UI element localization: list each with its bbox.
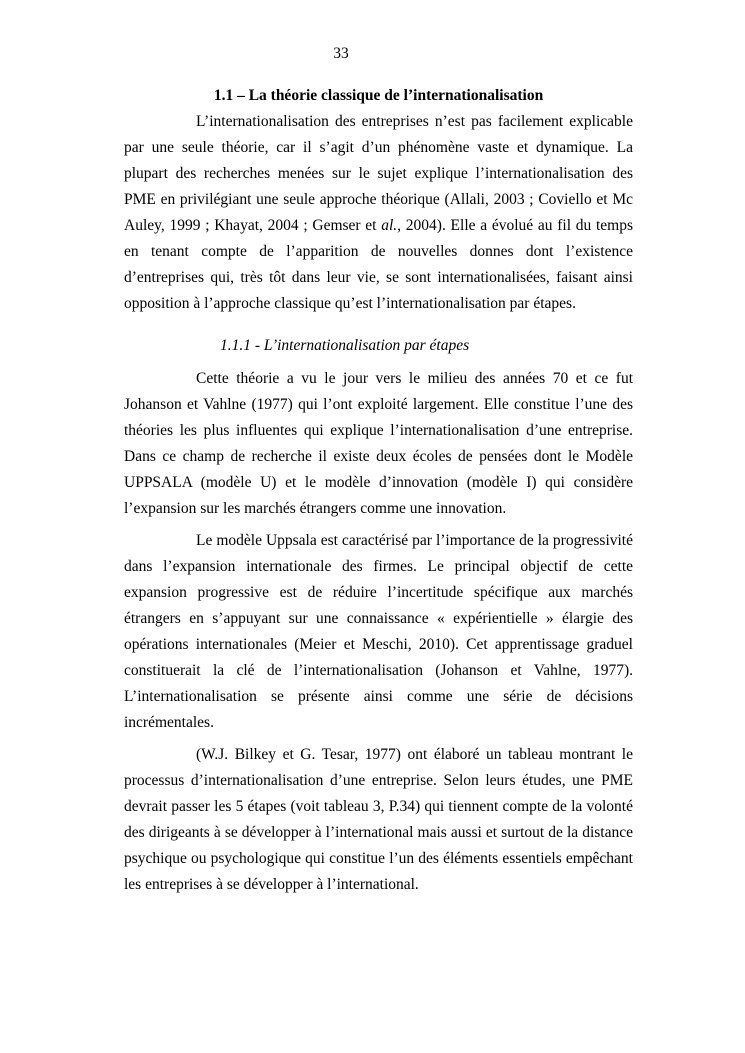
page-content: 1.1 – La théorie classique de l’internat…: [124, 83, 633, 904]
page-number: 33: [0, 41, 682, 67]
document-page: 33 1.1 – La théorie classique de l’inter…: [0, 0, 745, 1053]
paragraph-theory-origin: Cette théorie a vu le jour vers le milie…: [124, 366, 633, 522]
section-heading: 1.1 – La théorie classique de l’internat…: [124, 83, 633, 109]
paragraph-intro: L’internationalisation des entreprises n…: [124, 109, 633, 317]
paragraph-uppsala-model: Le modèle Uppsala est caractérisé par l’…: [124, 528, 633, 736]
subsection-heading: 1.1.1 - L’internationalisation par étape…: [220, 333, 633, 359]
paragraph-bilkey-tesar: (W.J. Bilkey et G. Tesar, 1977) ont élab…: [124, 742, 633, 898]
